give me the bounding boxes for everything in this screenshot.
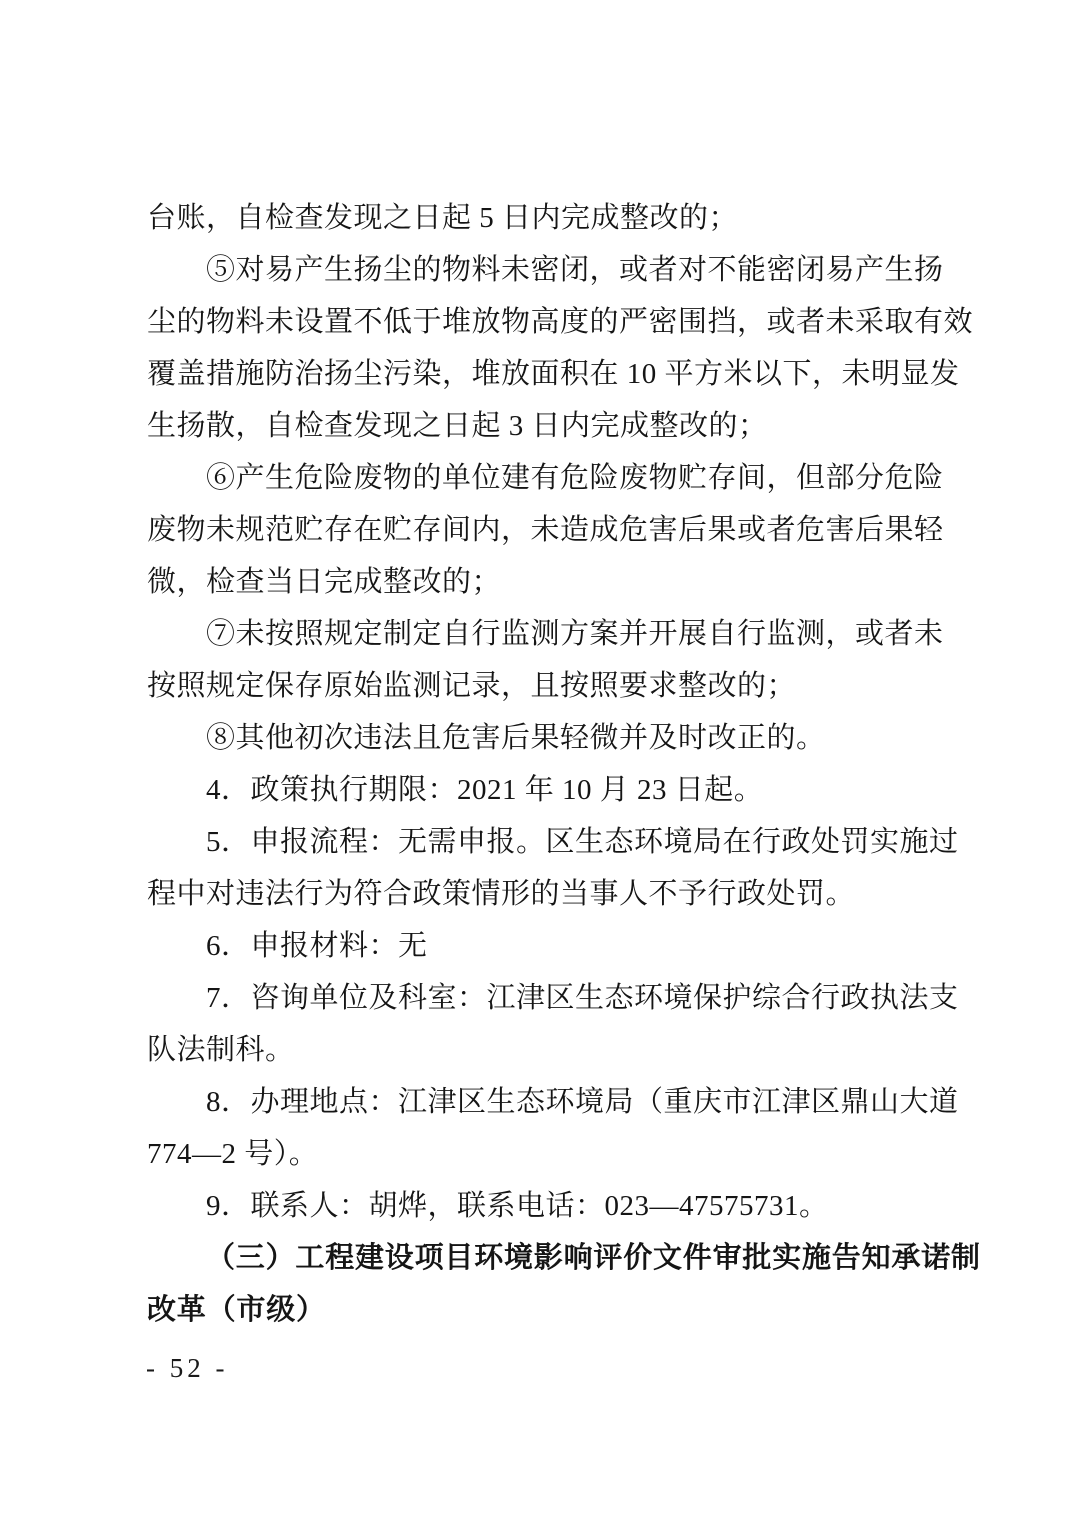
text-line: 8．办理地点：江津区生态环境局（重庆市江津区鼎山大道 bbox=[147, 1076, 967, 1128]
text-line: ⑤对易产生扬尘的物料未密闭，或者对不能密闭易产生扬 bbox=[147, 244, 967, 296]
document-body: 台账，自检查发现之日起 5 日内完成整改的； ⑤对易产生扬尘的物料未密闭，或者对… bbox=[147, 192, 967, 1336]
text-line: 台账，自检查发现之日起 5 日内完成整改的； bbox=[147, 192, 967, 244]
text-line: 6．申报材料：无 bbox=[147, 920, 967, 972]
text-line: 5．申报流程：无需申报。区生态环境局在行政处罚实施过 bbox=[147, 816, 967, 868]
text-line: 按照规定保存原始监测记录，且按照要求整改的； bbox=[147, 660, 967, 712]
text-line: 7．咨询单位及科室：江津区生态环境保护综合行政执法支 bbox=[147, 972, 967, 1024]
text-line: 队法制科。 bbox=[147, 1024, 967, 1076]
text-line: 生扬散，自检查发现之日起 3 日内完成整改的； bbox=[147, 400, 967, 452]
text-line: 774—2 号）。 bbox=[147, 1128, 967, 1180]
text-line: 9．联系人：胡烨，联系电话：023—47575731。 bbox=[147, 1180, 967, 1232]
section-heading-line: 改革（市级） bbox=[147, 1284, 967, 1336]
text-line: 程中对违法行为符合政策情形的当事人不予行政处罚。 bbox=[147, 868, 967, 920]
text-line: ⑧其他初次违法且危害后果轻微并及时改正的。 bbox=[147, 712, 967, 764]
text-line: 废物未规范贮存在贮存间内，未造成危害后果或者危害后果轻 bbox=[147, 504, 967, 556]
text-line: 尘的物料未设置不低于堆放物高度的严密围挡，或者未采取有效 bbox=[147, 296, 967, 348]
text-line: ⑦未按照规定制定自行监测方案并开展自行监测，或者未 bbox=[147, 608, 967, 660]
text-line: 微，检查当日完成整改的； bbox=[147, 556, 967, 608]
page-number: - 52 - bbox=[146, 1352, 228, 1384]
text-line: 4．政策执行期限：2021 年 10 月 23 日起。 bbox=[147, 764, 967, 816]
document-page: 台账，自检查发现之日起 5 日内完成整改的； ⑤对易产生扬尘的物料未密闭，或者对… bbox=[0, 0, 1074, 1520]
text-line: 覆盖措施防治扬尘污染，堆放面积在 10 平方米以下，未明显发 bbox=[147, 348, 967, 400]
text-line: ⑥产生危险废物的单位建有危险废物贮存间，但部分危险 bbox=[147, 452, 967, 504]
section-heading-line: （三）工程建设项目环境影响评价文件审批实施告知承诺制 bbox=[147, 1232, 967, 1284]
